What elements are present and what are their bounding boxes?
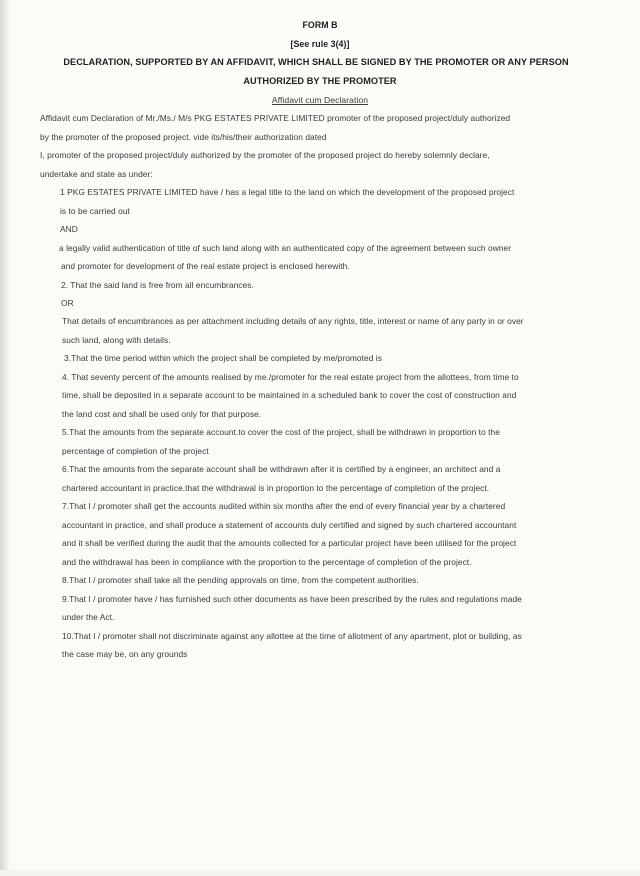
intro-line-4: undertake and state as under:	[40, 169, 153, 179]
rule-reference: [See rule 3(4)]	[0, 39, 640, 49]
clause-7-line-2: accountant in practice, and shall produc…	[62, 520, 516, 530]
intro-line-2: by the promoter of the proposed project.…	[40, 132, 327, 142]
declaration-heading-line1: DECLARATION, SUPPORTED BY AN AFFIDAVIT, …	[0, 57, 636, 67]
clause-9-line-2: under the Act.	[62, 612, 114, 622]
clause-10-line-2: the case may be, on any grounds	[62, 649, 187, 659]
clause-7-line-3: and it shall be verified during the audi…	[62, 538, 516, 548]
intro-line-3: I, promoter of the proposed project/duly…	[40, 150, 490, 160]
clause-3: 3.That the time period within which the …	[64, 353, 382, 363]
intro-line-1: Affidavit cum Declaration of Mr./Ms./ M/…	[40, 113, 510, 123]
form-title: FORM B	[0, 20, 640, 30]
scanned-document-page: FORM B [See rule 3(4)] DECLARATION, SUPP…	[0, 0, 640, 870]
clause-1b-line-1: a legally valid authentication of title …	[59, 243, 511, 253]
clause-7-line-1: 7.That I / promoter shall get the accoun…	[62, 501, 505, 511]
clause-1b-line-2: and promoter for development of the real…	[61, 261, 350, 271]
clause-4-line-3: the land cost and shall be used only for…	[62, 409, 261, 419]
clause-6-line-1: 6.That the amounts from the separate acc…	[62, 464, 500, 474]
clause-10-line-1: 10.That I / promoter shall not discrimin…	[62, 631, 522, 641]
clause-4-line-2: time, shall be deposited in a separate a…	[62, 390, 516, 400]
clause-1-line-1: 1 PKG ESTATES PRIVATE LIMITED have / has…	[60, 187, 514, 197]
subheading: Affidavit cum Declaration	[0, 95, 640, 105]
declaration-heading-line2: AUTHORIZED BY THE PROMOTER	[0, 76, 640, 86]
clause-2b-line-2: such land, along with details.	[62, 335, 171, 345]
clause-2b-line-1: That details of encumbrances as per atta…	[62, 316, 524, 326]
scan-shadow-left	[0, 0, 10, 870]
clause-or: OR	[61, 298, 74, 308]
clause-4-line-1: 4. That seventy percent of the amounts r…	[62, 372, 519, 382]
clause-7-line-4: and the withdrawal has been in complianc…	[62, 557, 472, 567]
clause-1-line-2: is to be carried out	[60, 206, 130, 216]
clause-and: AND	[60, 224, 78, 234]
clause-5-line-1: 5.That the amounts from the separate acc…	[62, 427, 500, 437]
clause-9-line-1: 9.That I / promoter have / has furnished…	[62, 594, 522, 604]
clause-5-line-2: percentage of completion of the project	[62, 446, 209, 456]
clause-6-line-2: chartered accountant in practice.that th…	[62, 483, 489, 493]
clause-2: 2. That the said land is free from all e…	[61, 280, 254, 290]
clause-8: 8.That I / promoter shall take all the p…	[62, 575, 419, 585]
